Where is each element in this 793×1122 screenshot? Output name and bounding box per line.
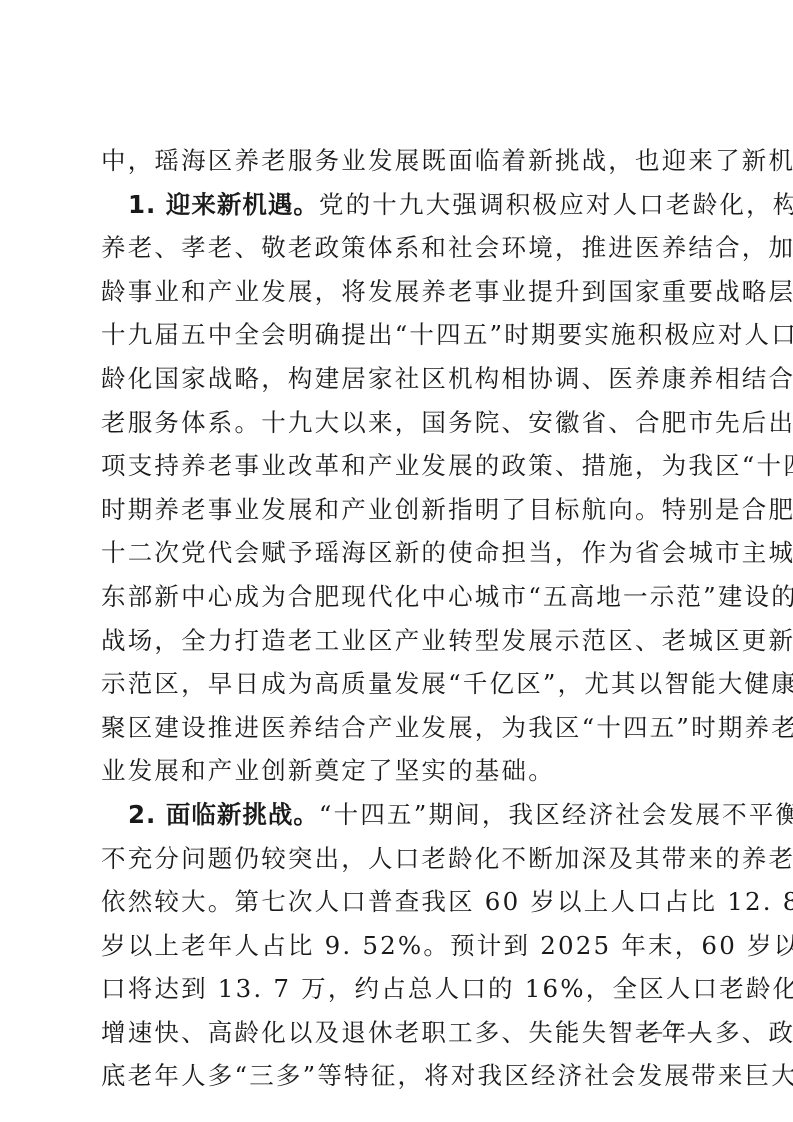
text-line: 龄事业和产业发展，将发展养老事业提升到国家重要战略层面。 xyxy=(101,270,695,314)
text-line: 东部新中心成为合肥现代化中心城市“五高地一示范”建设的主 xyxy=(101,575,695,619)
text-line: 时期养老事业发展和产业创新指明了目标航向。特别是合肥市第 xyxy=(101,488,695,532)
paragraph-intro-continuation: 中，瑶海区养老服务业发展既面临着新挑战，也迎来了新机遇。 xyxy=(101,139,695,183)
text-line: 养老、孝老、敬老政策体系和社会环境，推进医养结合，加快老 xyxy=(101,226,695,270)
text-line: 战场，全力打造老工业区产业转型发展示范区、老城区更新改造 xyxy=(101,619,695,663)
text-line: 增速快、高龄化以及退休老职工多、失能失智老年人多、政府兜 xyxy=(101,1011,695,1055)
section-heading-opportunities: 1. 迎来新机遇。 xyxy=(128,190,319,219)
text-line: 示范区，早日成为高质量发展“千亿区”，尤其以智能大健康集 xyxy=(101,662,695,706)
text-line: 依然较大。第七次人口普查我区 60 岁以上人口占比 12. 86%，65 xyxy=(101,880,695,924)
paragraph-opportunities: 1. 迎来新机遇。党的十九大强调积极应对人口老龄化，构建 养老、孝老、敬老政策体… xyxy=(101,183,695,793)
text-line-with-heading: 1. 迎来新机遇。党的十九大强调积极应对人口老龄化，构建 xyxy=(101,183,695,227)
text-line: 党的十九大强调积极应对人口老龄化，构建 xyxy=(319,190,793,219)
text-line: 底老年人多“三多”等特征，将对我区经济社会发展带来巨大挑 xyxy=(101,1054,695,1098)
text-line: 中，瑶海区养老服务业发展既面临着新挑战，也迎来了新机遇。 xyxy=(101,139,695,183)
section-heading-challenges: 2. 面临新挑战。 xyxy=(128,800,319,829)
text-line-with-heading: 2. 面临新挑战。“十四五”期间，我区经济社会发展不平衡 xyxy=(101,793,695,837)
text-line: “十四五”期间，我区经济社会发展不平衡 xyxy=(319,800,793,829)
document-body: 中，瑶海区养老服务业发展既面临着新挑战，也迎来了新机遇。 1. 迎来新机遇。党的… xyxy=(101,139,695,1098)
text-line: 口将达到 13. 7 万，约占总人口的 16%，全区人口老龄化呈比例高、 xyxy=(101,967,695,1011)
text-line: 业发展和产业创新奠定了坚实的基础。 xyxy=(101,749,695,793)
text-line: 项支持养老事业改革和产业发展的政策、措施，为我区“十四五” xyxy=(101,444,695,488)
text-line: 十二次党代会赋予瑶海区新的使命担当，作为省会城市主城区， xyxy=(101,531,695,575)
text-line: 龄化国家战略，构建居家社区机构相协调、医养康养相结合的养 xyxy=(101,357,695,401)
text-line: 岁以上老年人占比 9. 52%。预计到 2025 年末，60 岁以上老年人 xyxy=(101,924,695,968)
text-line: 老服务体系。十九大以来，国务院、安徽省、合肥市先后出台多 xyxy=(101,401,695,445)
text-line: 十九届五中全会明确提出“十四五”时期要实施积极应对人口老 xyxy=(101,313,695,357)
page-number: — 7 — xyxy=(640,1018,711,1044)
text-line: 不充分问题仍较突出，人口老龄化不断加深及其带来的养老压力 xyxy=(101,837,695,881)
paragraph-challenges: 2. 面临新挑战。“十四五”期间，我区经济社会发展不平衡 不充分问题仍较突出，人… xyxy=(101,793,695,1098)
text-line: 聚区建设推进医养结合产业发展，为我区“十四五”时期养老事 xyxy=(101,706,695,750)
